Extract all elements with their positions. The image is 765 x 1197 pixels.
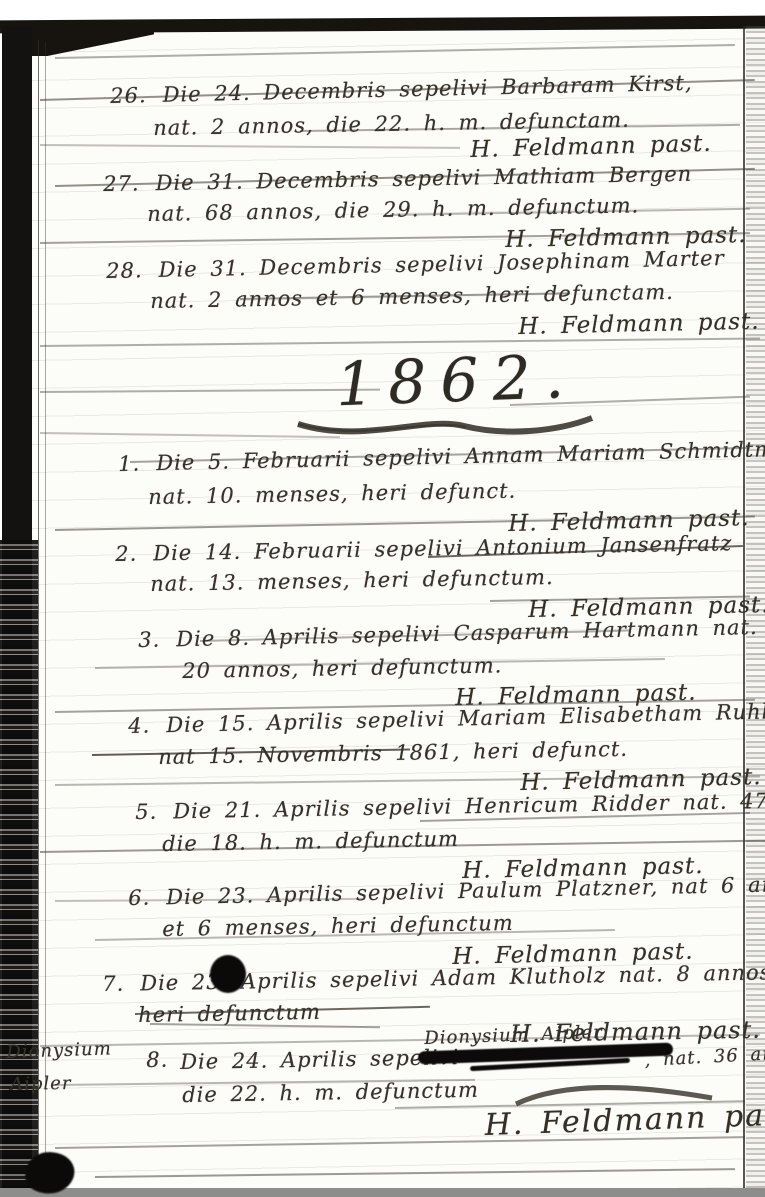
entry-number: 27. — [103, 171, 140, 196]
entry-number: 2. — [115, 542, 137, 566]
entry-number: 26. — [110, 83, 147, 108]
entry-number: 1. — [118, 451, 141, 475]
entry-number: 28. — [106, 258, 143, 283]
register-entry-7-age-line: heri defunctum — [138, 1000, 321, 1027]
margin-note-surname: Aipler — [10, 1073, 72, 1095]
margin-note-name: Dionysium — [6, 1038, 112, 1063]
page-edge-line — [38, 40, 39, 1188]
scanned-register-page: 26.Die 24. Decembris sepelivi Barbaram K… — [0, 0, 765, 1197]
pastor-signature: H. Feldmann past. — [518, 309, 760, 340]
entry-number: 3. — [138, 628, 161, 652]
entry-number: 5. — [135, 800, 157, 824]
ink-blot — [210, 955, 246, 993]
scan-bottom-strip — [0, 1188, 765, 1197]
page-edge-line-inner — [45, 42, 46, 1188]
entry-number: 4. — [128, 713, 151, 737]
entry-number: 8. — [146, 1048, 168, 1072]
entry-number: 7. — [102, 972, 124, 996]
entry-number: 6. — [128, 886, 151, 910]
